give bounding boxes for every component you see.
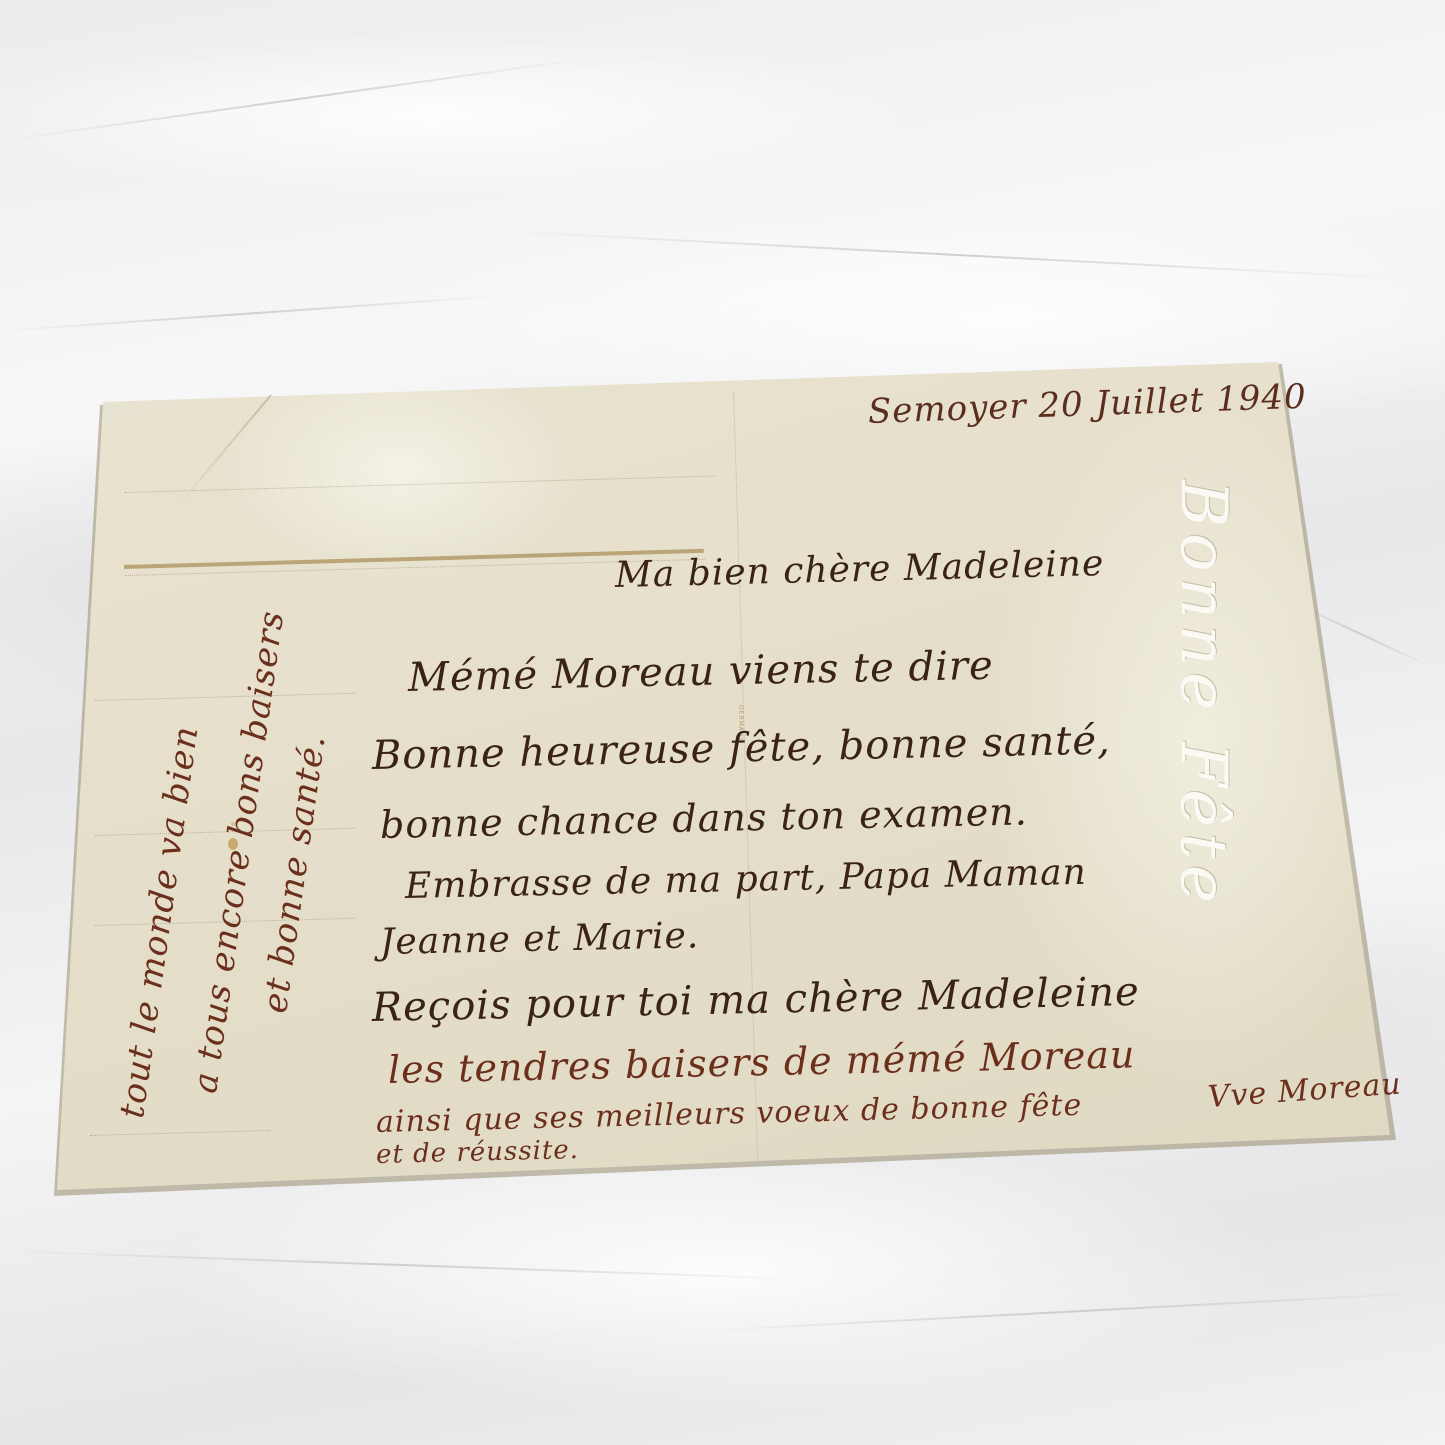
embossed-greeting-text: Bonne Fête xyxy=(1166,480,1240,909)
postcard: GERMANY Bonne Fête Semoyer 20 Juillet 19… xyxy=(0,0,1445,1445)
body-line: Jeanne et Marie. xyxy=(380,915,700,963)
body-line: et de réussite. xyxy=(376,1135,580,1170)
embossed-greeting: Bonne Fête xyxy=(1150,480,1260,1000)
